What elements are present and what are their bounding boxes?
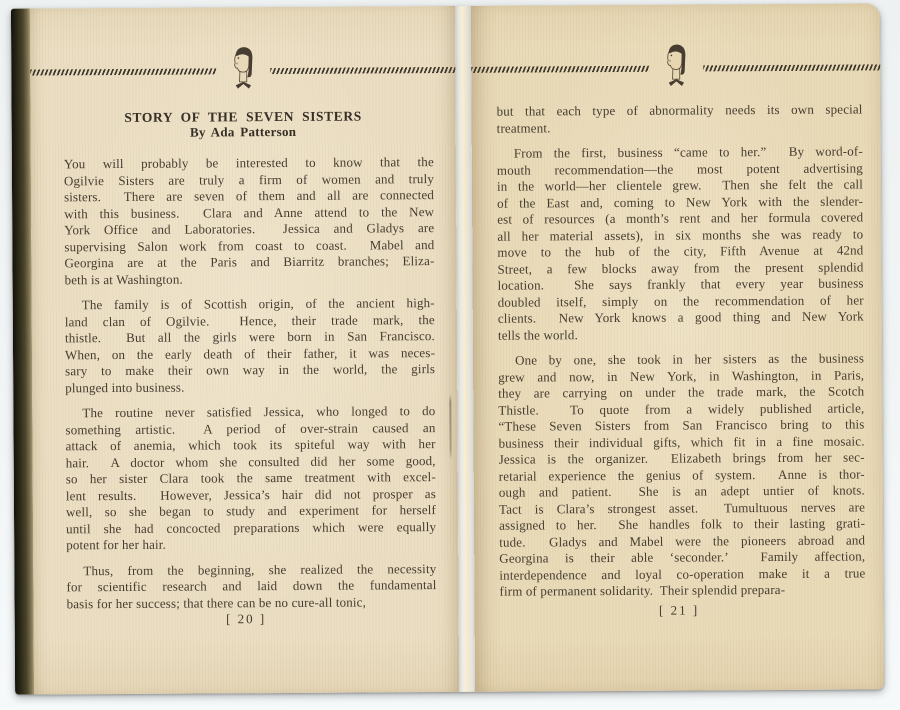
text-line: treatment. xyxy=(497,118,863,137)
woman-profile-portrait-icon xyxy=(226,44,260,92)
paragraph: The family is of Scottish origin, of the… xyxy=(65,295,436,396)
text-line: York Office and Laboratories. Jessica an… xyxy=(64,220,434,239)
text-line: sisters. There are seven of them and all… xyxy=(64,187,434,206)
left-page-body-text: You will probably be interested to know … xyxy=(64,154,437,612)
staple xyxy=(449,394,451,460)
text-line: One by one, she took in her sisters as t… xyxy=(498,350,864,369)
open-booklet-scan: STORY OF THE SEVEN SISTERS By Ada Patter… xyxy=(11,3,884,694)
paragraph: Thus, from the beginning, she realized t… xyxy=(66,561,436,613)
text-line: assigned to her. She handles folk to the… xyxy=(499,515,865,534)
text-line: Jessica is the organizer. Elizabeth brin… xyxy=(499,449,865,468)
text-line: beth is at Washington. xyxy=(65,270,435,289)
text-line: for scientific research and laid down th… xyxy=(66,577,436,596)
text-line: potent for her hair. xyxy=(66,535,436,554)
text-line: ough and patient. She is an adept untier… xyxy=(499,482,865,501)
left-page: STORY OF THE SEVEN SISTERS By Ada Patter… xyxy=(30,6,459,695)
text-line: thistle. But all the girls were born in … xyxy=(65,328,435,347)
text-line: so her sister Clara took the same treatm… xyxy=(66,469,436,488)
text-line: move to the hub of the city, Fifth Avenu… xyxy=(497,242,863,261)
zigzag-rule-left xyxy=(30,68,216,75)
article-byline: By Ada Patterson xyxy=(31,123,456,141)
paragraph: You will probably be interested to know … xyxy=(64,154,435,288)
text-line: interdependence and loyal co-operation m… xyxy=(499,565,865,584)
text-line: in the world—her clientele grew. Then sh… xyxy=(497,176,863,195)
zigzag-rule-right xyxy=(270,67,456,74)
text-line: Georgina is their able ‘seconder.’ Famil… xyxy=(499,548,865,567)
text-line: attack of anemia, which took its spitefu… xyxy=(66,436,436,455)
text-line: but that each type of abnormality needs … xyxy=(497,101,863,120)
text-line: plunged into business. xyxy=(65,378,435,397)
text-line: well, so she began to study and experime… xyxy=(66,502,436,521)
right-page: but that each type of abnormality needs … xyxy=(471,3,884,691)
text-line: The routine never satisfied Jessica, who… xyxy=(65,403,435,422)
paragraph: From the first, business “came to her.” … xyxy=(497,143,864,343)
paragraph: The routine never satisfied Jessica, who… xyxy=(65,403,436,554)
text-line: firm of permanent solidarity. Their sple… xyxy=(499,581,865,600)
text-line: they are carrying on under the trade mar… xyxy=(498,383,864,402)
zigzag-rule-right xyxy=(703,64,881,71)
text-line: The family is of Scottish origin, of the… xyxy=(65,295,435,314)
text-line: sary to make their own way in the world,… xyxy=(65,361,435,380)
right-page-body-text: but that each type of abnormality needs … xyxy=(497,101,866,600)
text-line: You will probably be interested to know … xyxy=(64,154,434,173)
text-line: tells the world. xyxy=(498,325,864,344)
paragraph: One by one, she took in her sisters as t… xyxy=(498,350,866,600)
page-number-20: [ 20 ] xyxy=(34,610,459,629)
text-line: From the first, business “came to her.” … xyxy=(497,143,863,162)
header-ornament xyxy=(30,42,455,95)
text-line: Georgina are at the Paris and Biarritz b… xyxy=(64,253,434,272)
header-ornament xyxy=(471,39,880,91)
woman-profile-portrait-icon xyxy=(659,41,693,89)
page-number-21: [ 21 ] xyxy=(475,601,884,619)
text-line: location. She says frankly that every ye… xyxy=(498,275,864,294)
text-line: clients. New York knows a good thing and… xyxy=(498,308,864,327)
text-line: est of resources (a month’s rent and her… xyxy=(497,209,863,228)
paragraph: but that each type of abnormality needs … xyxy=(497,101,863,136)
text-line: until she had concocted preparations whi… xyxy=(66,519,436,538)
text-line: “These Seven Sisters from San Francisco … xyxy=(498,416,864,435)
zigzag-rule-left xyxy=(471,66,649,73)
